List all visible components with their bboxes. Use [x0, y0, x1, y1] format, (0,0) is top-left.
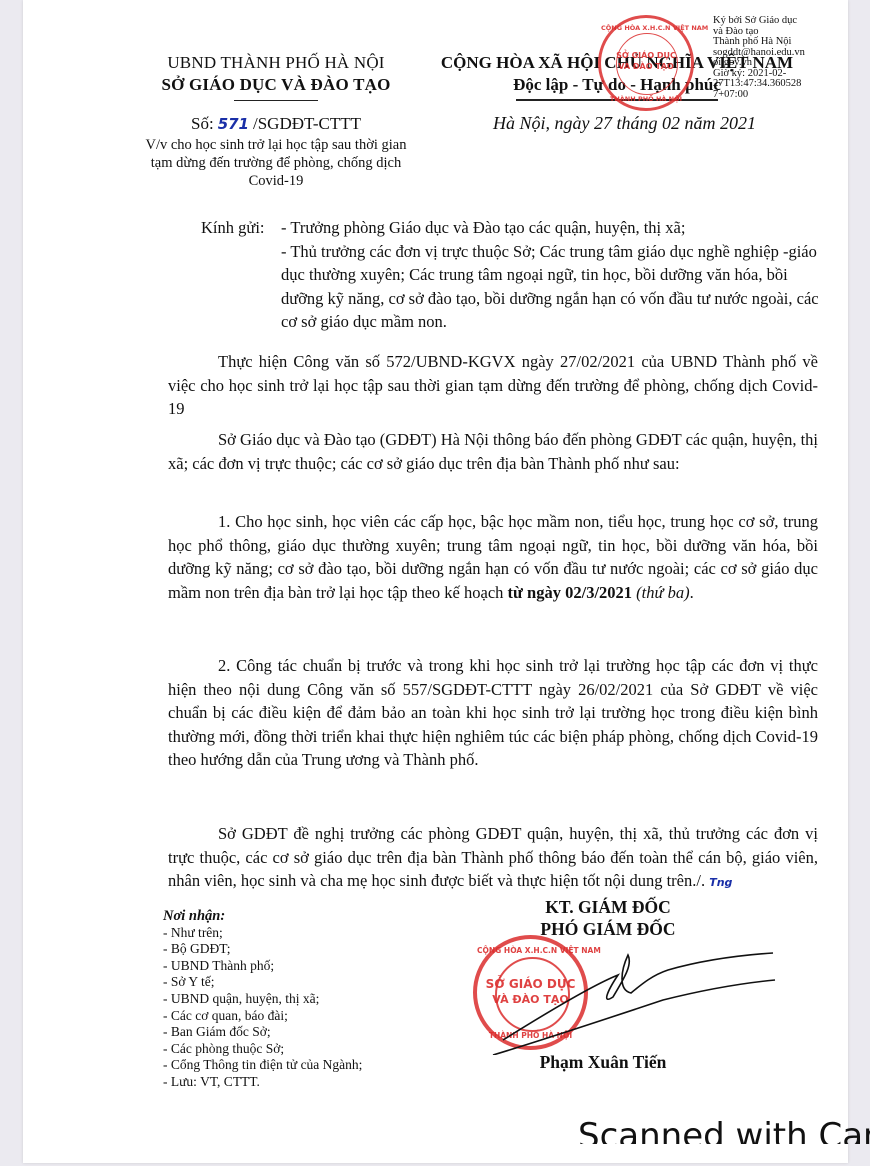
scanner-watermark: Scanned with CamScanner — [578, 1110, 870, 1144]
distribution-item: - Cổng Thông tin điện tử của Ngành; — [163, 1057, 362, 1074]
digital-signature-note: Ký bởi Sở Giáo dục và Đào tạo Thành phố … — [713, 16, 813, 100]
signer-name: Phạm Xuân Tiến — [513, 1052, 693, 1073]
issuing-agency-header: UBND THÀNH PHỐ HÀ NỘI SỞ GIÁO DỤC VÀ ĐÀO… — [141, 52, 411, 101]
distribution-item: - Bộ GDĐT; — [163, 941, 362, 958]
document-subject: V/v cho học sinh trở lại học tập sau thờ… — [141, 136, 411, 190]
paragraph-announcement: Sở Giáo dục và Đào tạo (GDĐT) Hà Nội thô… — [168, 428, 818, 475]
issue-date: Hà Nội, ngày 27 tháng 02 năm 2021 — [493, 113, 756, 134]
stamp-ring-top-text: CỘNG HÒA X.H.C.N VIỆT NAM — [601, 24, 691, 32]
recipients-list: - Trưởng phòng Giáo dục và Đào tạo các q… — [281, 216, 821, 334]
distribution-item: - Lưu: VT, CTTT. — [163, 1074, 362, 1091]
paragraph-item-1: 1. Cho học sinh, học viên các cấp học, b… — [168, 510, 818, 604]
sig-note-line: 27T13:47:34.360528 — [713, 79, 813, 90]
item1-date: từ ngày 02/3/2021 — [508, 583, 633, 602]
handwritten-signature — [483, 945, 783, 1055]
sig-note-line: Ký bởi Sở Giáo dục — [713, 16, 813, 27]
distribution-item: - Các cơ quan, báo đài; — [163, 1008, 362, 1025]
distribution-list: Nơi nhận: - Như trên; - Bộ GDĐT; - UBND … — [163, 908, 362, 1091]
agency-name: SỞ GIÁO DỤC VÀ ĐÀO TẠO — [141, 74, 411, 96]
distribution-item: - UBND quận, huyện, thị xã; — [163, 991, 362, 1008]
signer-title: KT. GIÁM ĐỐC PHÓ GIÁM ĐỐC — [493, 896, 723, 940]
document-number: Số:571/SGDĐT-CTTT — [141, 114, 411, 134]
signer-title-line1: KT. GIÁM ĐỐC — [493, 896, 723, 918]
distribution-item: - Sở Y tế; — [163, 974, 362, 991]
sig-note-line: oi.gov.vn — [713, 58, 813, 69]
paragraph-request: Sở GDĐT đề nghị trưởng các phòng GDĐT qu… — [168, 822, 818, 895]
recipients-label: Kính gửi: — [201, 216, 265, 240]
item1-text: 1. Cho học sinh, học viên các cấp học, b… — [168, 512, 818, 602]
paragraph-item-2: 2. Công tác chuẩn bị trước và trong khi … — [168, 654, 818, 772]
handwritten-doc-number: 571 — [218, 115, 249, 133]
sig-note-line: Thành phố Hà Nội — [713, 37, 813, 48]
stamp-ring-bottom-text: THÀNH PHỐ HÀ NỘI — [601, 95, 691, 103]
distribution-title: Nơi nhận: — [163, 908, 362, 925]
official-stamp-top: CỘNG HÒA X.H.C.N VIỆT NAM SỞ GIÁO DỤC VÀ… — [598, 15, 694, 111]
distribution-item: - Ban Giám đốc Sở; — [163, 1024, 362, 1041]
paragraph-reference: Thực hiện Công văn số 572/UBND-KGVX ngày… — [168, 350, 818, 421]
distribution-item: - Như trên; — [163, 925, 362, 942]
doc-number-suffix: /SGDĐT-CTTT — [253, 114, 361, 133]
item1-period: . — [690, 583, 694, 602]
sig-note-line: 7+07:00 — [713, 90, 813, 101]
agency-underline — [234, 100, 318, 101]
agency-parent: UBND THÀNH PHỐ HÀ NỘI — [141, 52, 411, 74]
distribution-item: - Các phòng thuộc Sở; — [163, 1041, 362, 1058]
doc-number-label: Số: — [191, 114, 214, 133]
handwritten-initials: Tng — [709, 876, 732, 889]
stamp-center-line2: VÀ ĐÀO TẠO — [601, 62, 691, 71]
distribution-item: - UBND Thành phố; — [163, 958, 362, 975]
document-page: UBND THÀNH PHỐ HÀ NỘI SỞ GIÁO DỤC VÀ ĐÀO… — [23, 0, 848, 1163]
item1-weekday: (thứ ba) — [636, 583, 689, 602]
stamp-center-line1: SỞ GIÁO DỤC — [601, 51, 691, 60]
